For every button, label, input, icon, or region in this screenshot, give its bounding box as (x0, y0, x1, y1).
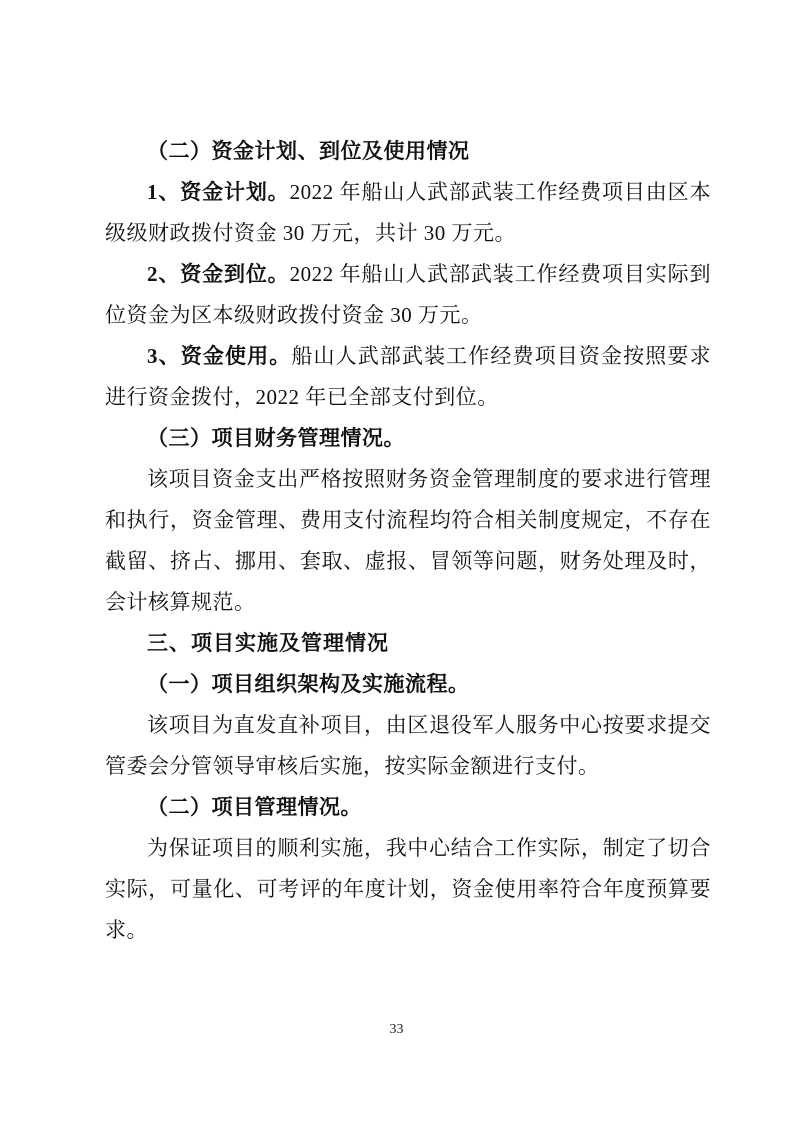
subheading-project-management: （二）项目管理情况。 (105, 787, 711, 828)
subheading-funding-plan-arrival-usage: （二）资金计划、到位及使用情况 (105, 131, 711, 172)
paragraph-project-management: 为保证项目的顺利实施，我中心结合工作实际，制定了切合实际，可量化、可考评的年度计… (105, 828, 711, 951)
subheading-organization-process: （一）项目组织架构及实施流程。 (105, 664, 711, 705)
paragraph-funding-usage: 3、资金使用。船山人武部武装工作经费项目资金按照要求进行资金拨付，2022 年已… (105, 336, 711, 418)
heading-implementation-management: 三、项目实施及管理情况 (105, 623, 711, 664)
document-content: （二）资金计划、到位及使用情况 1、资金计划。2022 年船山人武部武装工作经费… (105, 131, 711, 951)
paragraph-organization-process: 该项目为直发直补项目，由区退役军人服务中心按要求提交管委会分管领导审核后实施，按… (105, 705, 711, 787)
paragraph-lead: 1、资金计划。 (147, 180, 290, 204)
document-page: （二）资金计划、到位及使用情况 1、资金计划。2022 年船山人武部武装工作经费… (0, 0, 793, 1122)
paragraph-lead: 3、资金使用。 (147, 344, 291, 368)
paragraph-financial-management: 该项目资金支出严格按照财务资金管理制度的要求进行管理和执行，资金管理、费用支付流… (105, 459, 711, 623)
paragraph-funding-plan: 1、资金计划。2022 年船山人武部武装工作经费项目由区本级级财政拨付资金 30… (105, 172, 711, 254)
paragraph-funding-arrival: 2、资金到位。2022 年船山人武部武装工作经费项目实际到位资金为区本级财政拨付… (105, 254, 711, 336)
page-number: 33 (0, 1020, 793, 1040)
subheading-financial-management: （三）项目财务管理情况。 (105, 418, 711, 459)
paragraph-lead: 2、资金到位。 (147, 262, 290, 286)
